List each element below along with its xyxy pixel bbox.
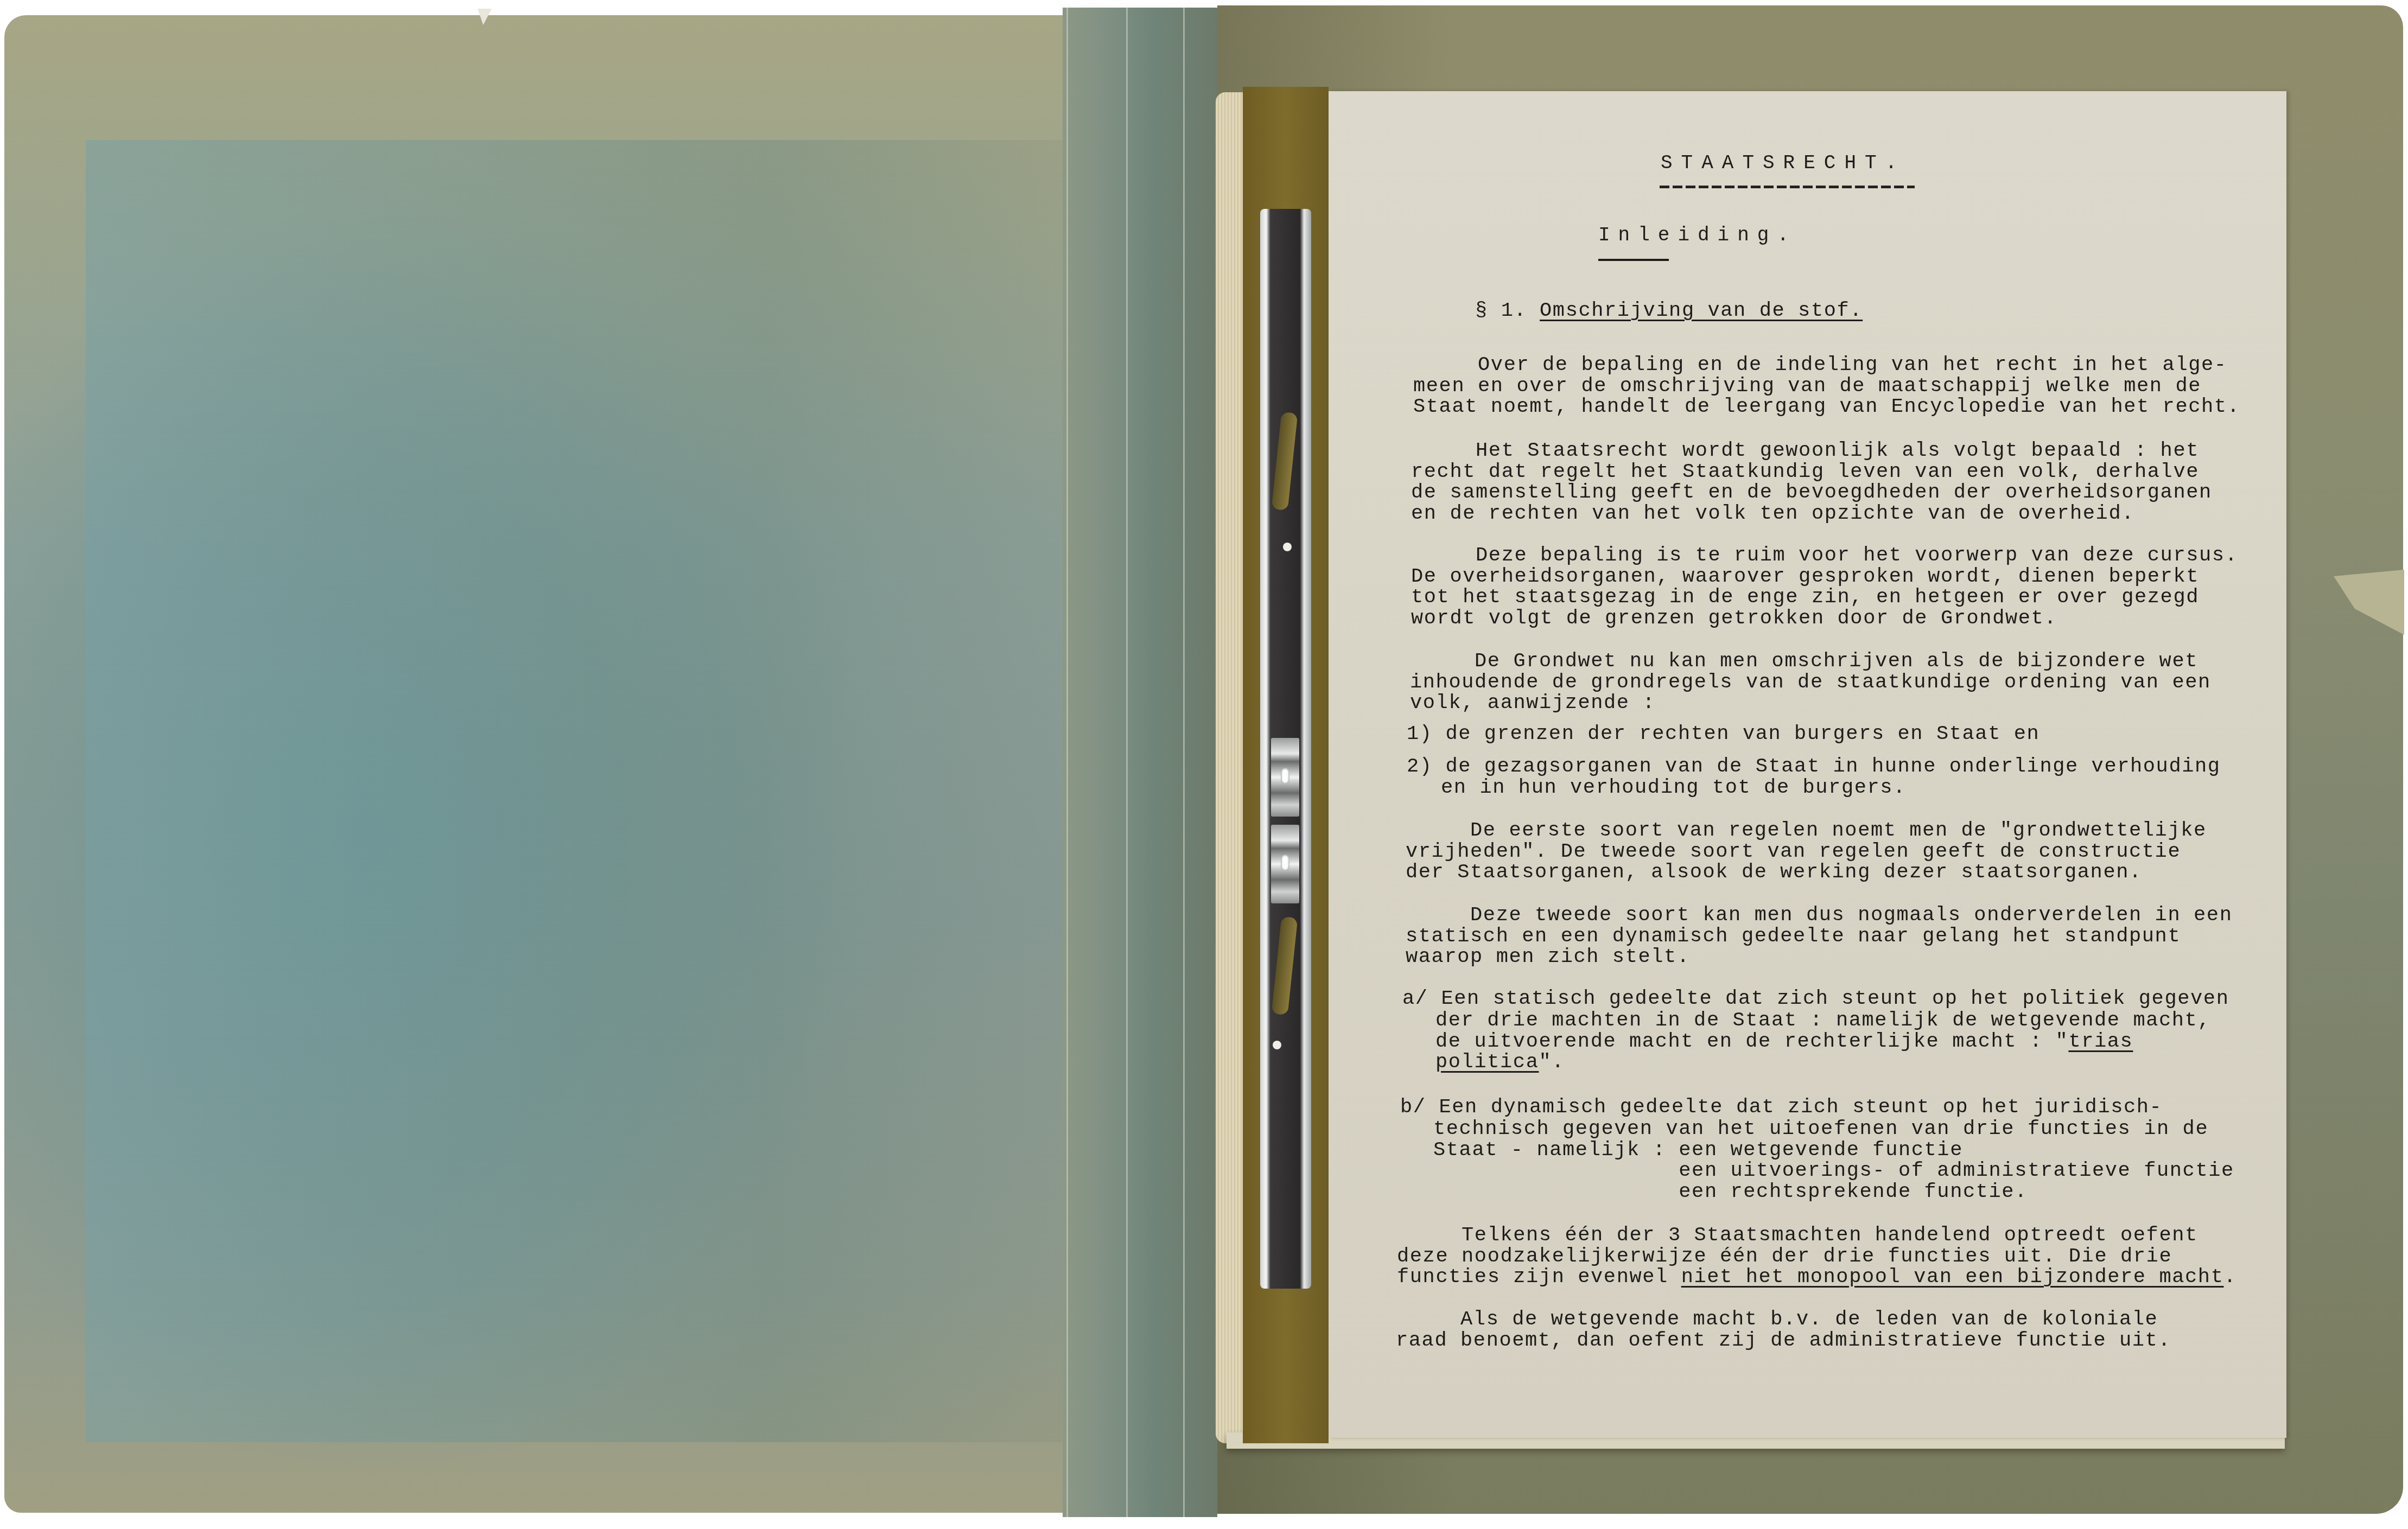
cover-discoloration [86, 140, 1063, 1442]
section-title: Omschrijving van de stof. [1540, 300, 1863, 322]
paragraph: Over de bepaling en de indeling van het … [1413, 355, 2240, 418]
paragraph: Het Staatsrecht wordt gewoonlijk als vol… [1411, 441, 2212, 524]
paragraph: Telkens één der 3 Staatsmachten handelen… [1397, 1225, 2237, 1288]
lettered-item-a-cont: der drie machten in de Staat : namelijk … [1435, 1010, 2210, 1073]
lettered-item-a: a/ Een statisch gedeelte dat zich steunt… [1402, 989, 2229, 1010]
underlined-term: politica [1435, 1051, 1539, 1074]
folder-left-cover [4, 15, 1063, 1513]
spine-crease [1183, 8, 1185, 1517]
fastener-clip[interactable] [1271, 825, 1299, 903]
document-title: STAATSRECHT. [1661, 153, 1905, 174]
paragraph: Als de wetgevende macht b.v. de leden va… [1396, 1309, 2171, 1351]
spine-crease [1066, 8, 1068, 1517]
section-symbol: § [1475, 300, 1488, 322]
fastener-rivet [1273, 1041, 1281, 1049]
subtitle-rule [1598, 259, 1669, 261]
paragraph: De Grondwet nu kan men omschrijven als d… [1410, 651, 2211, 714]
paragraph: Deze tweede soort kan men dus nogmaals o… [1406, 905, 2232, 968]
document-subtitle: Inleiding. [1598, 225, 1797, 246]
section-number: 1. [1501, 300, 1527, 322]
numbered-item-2: 2) de gezagsorganen van de Staat in hunn… [1407, 756, 2221, 778]
folder-spine [1063, 8, 1217, 1517]
lettered-item-b: b/ Een dynamisch gedeelte dat zich steun… [1400, 1097, 2162, 1118]
numbered-item-1: 1) de grenzen der rechten van burgers en… [1407, 724, 2040, 745]
fastener-clip[interactable] [1271, 738, 1299, 817]
paragraph: De eerste soort van regelen noemt men de… [1406, 820, 2207, 883]
lettered-item-b-cont: technisch gegeven van het uitoefenen van… [1433, 1119, 2234, 1202]
paragraph: Deze bepaling is te ruim voor het voorwe… [1411, 545, 2238, 629]
title-rule [1660, 186, 1915, 188]
numbered-item-2-cont: en in hun verhouding tot de burgers. [1441, 778, 1906, 799]
fastener-rivet [1283, 543, 1292, 551]
spine-crease [1126, 8, 1128, 1517]
underlined-phrase: niet het monopool van een bijzondere mac… [1681, 1266, 2224, 1289]
underlined-term: trias [2068, 1030, 2133, 1053]
section-heading: § 1. Omschrijving van de stof. [1475, 301, 1863, 322]
